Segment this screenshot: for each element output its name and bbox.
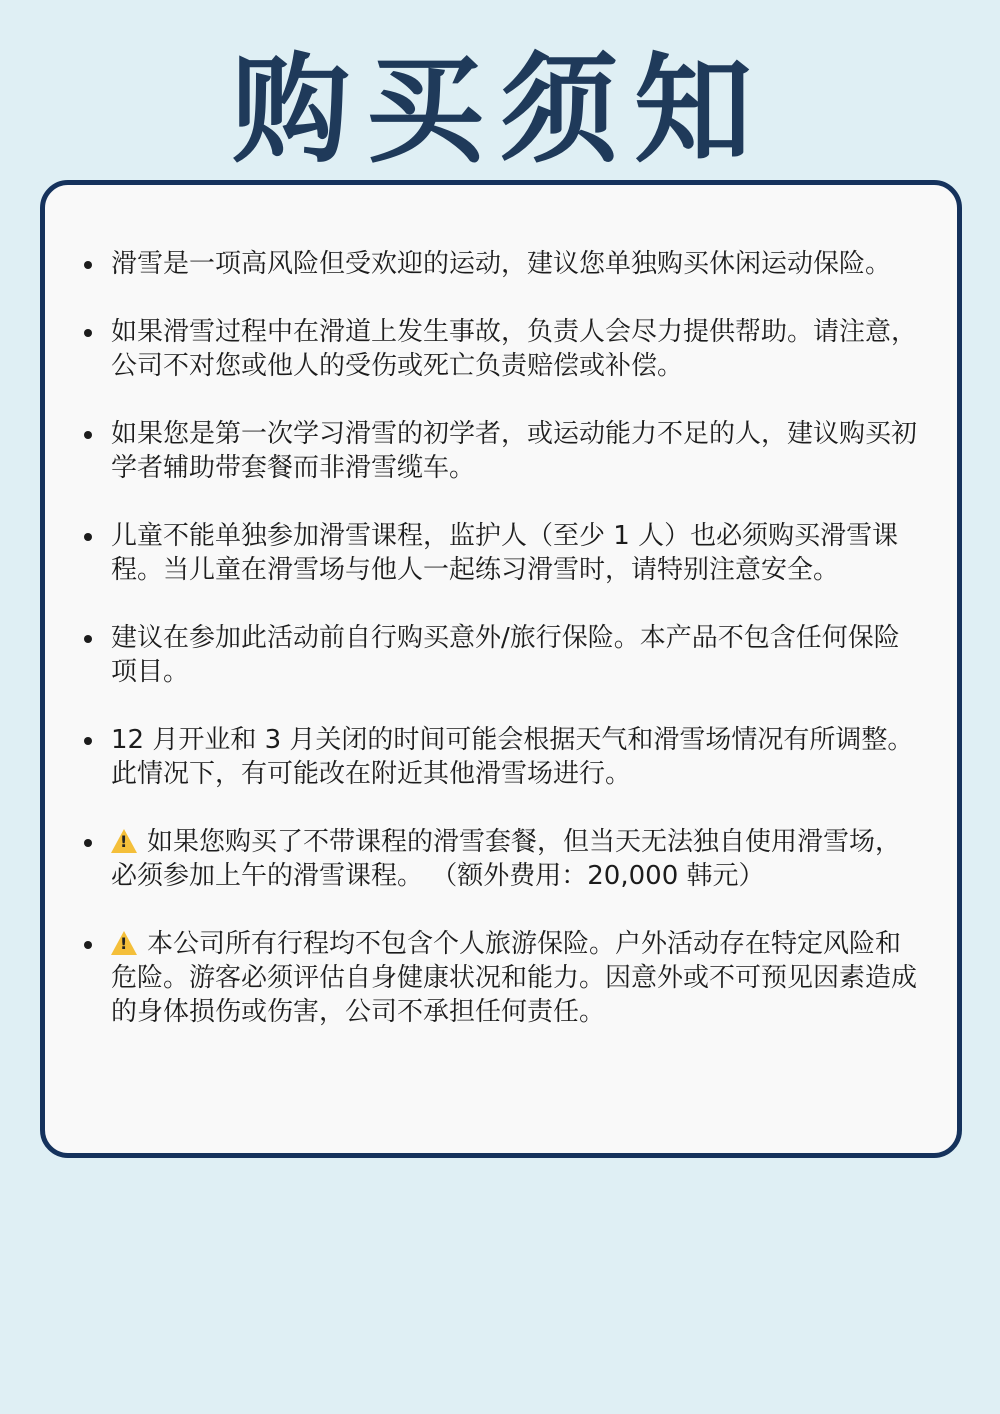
- notice-item: 如果您是第一次学习滑雪的初学者，或运动能力不足的人，建议购买初学者辅助带套餐而非…: [79, 417, 919, 485]
- notice-text: 本公司所有行程均不包含个人旅游保险。户外活动存在特定风险和危险。游客必须评估自身…: [111, 929, 917, 1027]
- notice-item: 如果滑雪过程中在滑道上发生事故，负责人会尽力提供帮助。请注意，公司不对您或他人的…: [79, 315, 919, 383]
- notice-text: 建议在参加此活动前自行购买意外/旅行保险。本产品不包含任何保险项目。: [111, 623, 900, 687]
- bullet-icon: [84, 635, 92, 643]
- notice-item-warning: 如果您购买了不带课程的滑雪套餐，但当天无法独自使用滑雪场，必须参加上午的滑雪课程…: [79, 825, 919, 893]
- notice-list: 滑雪是一项高风险但受欢迎的运动，建议您单独购买休闲运动保险。 如果滑雪过程中在滑…: [79, 247, 919, 1063]
- notice-text: 如果您购买了不带课程的滑雪套餐，但当天无法独自使用滑雪场，必须参加上午的滑雪课程…: [111, 827, 901, 891]
- bullet-icon: [84, 941, 92, 949]
- notice-card: 滑雪是一项高风险但受欢迎的运动，建议您单独购买休闲运动保险。 如果滑雪过程中在滑…: [40, 180, 962, 1158]
- bullet-icon: [84, 737, 92, 745]
- notice-item: 建议在参加此活动前自行购买意外/旅行保险。本产品不包含任何保险项目。: [79, 621, 919, 689]
- warning-icon: [111, 931, 137, 955]
- notice-text: 如果滑雪过程中在滑道上发生事故，负责人会尽力提供帮助。请注意，公司不对您或他人的…: [111, 317, 917, 381]
- notice-item: 滑雪是一项高风险但受欢迎的运动，建议您单独购买休闲运动保险。: [79, 247, 919, 281]
- warning-icon: [111, 829, 137, 853]
- bullet-icon: [84, 533, 92, 541]
- notice-text: 12 月开业和 3 月关闭的时间可能会根据天气和滑雪场情况有所调整。此情况下，有…: [111, 725, 913, 789]
- bullet-icon: [84, 839, 92, 847]
- bullet-icon: [84, 329, 92, 337]
- notice-item: 12 月开业和 3 月关闭的时间可能会根据天气和滑雪场情况有所调整。此情况下，有…: [79, 723, 919, 791]
- page-title: 购买须知: [0, 40, 1000, 180]
- notice-item-warning: 本公司所有行程均不包含个人旅游保险。户外活动存在特定风险和危险。游客必须评估自身…: [79, 927, 919, 1029]
- notice-text: 滑雪是一项高风险但受欢迎的运动，建议您单独购买休闲运动保险。: [111, 249, 891, 279]
- notice-text: 儿童不能单独参加滑雪课程，监护人（至少 1 人）也必须购买滑雪课程。当儿童在滑雪…: [111, 521, 898, 585]
- bullet-icon: [84, 261, 92, 269]
- bullet-icon: [84, 431, 92, 439]
- notice-item: 儿童不能单独参加滑雪课程，监护人（至少 1 人）也必须购买滑雪课程。当儿童在滑雪…: [79, 519, 919, 587]
- notice-text: 如果您是第一次学习滑雪的初学者，或运动能力不足的人，建议购买初学者辅助带套餐而非…: [111, 419, 917, 483]
